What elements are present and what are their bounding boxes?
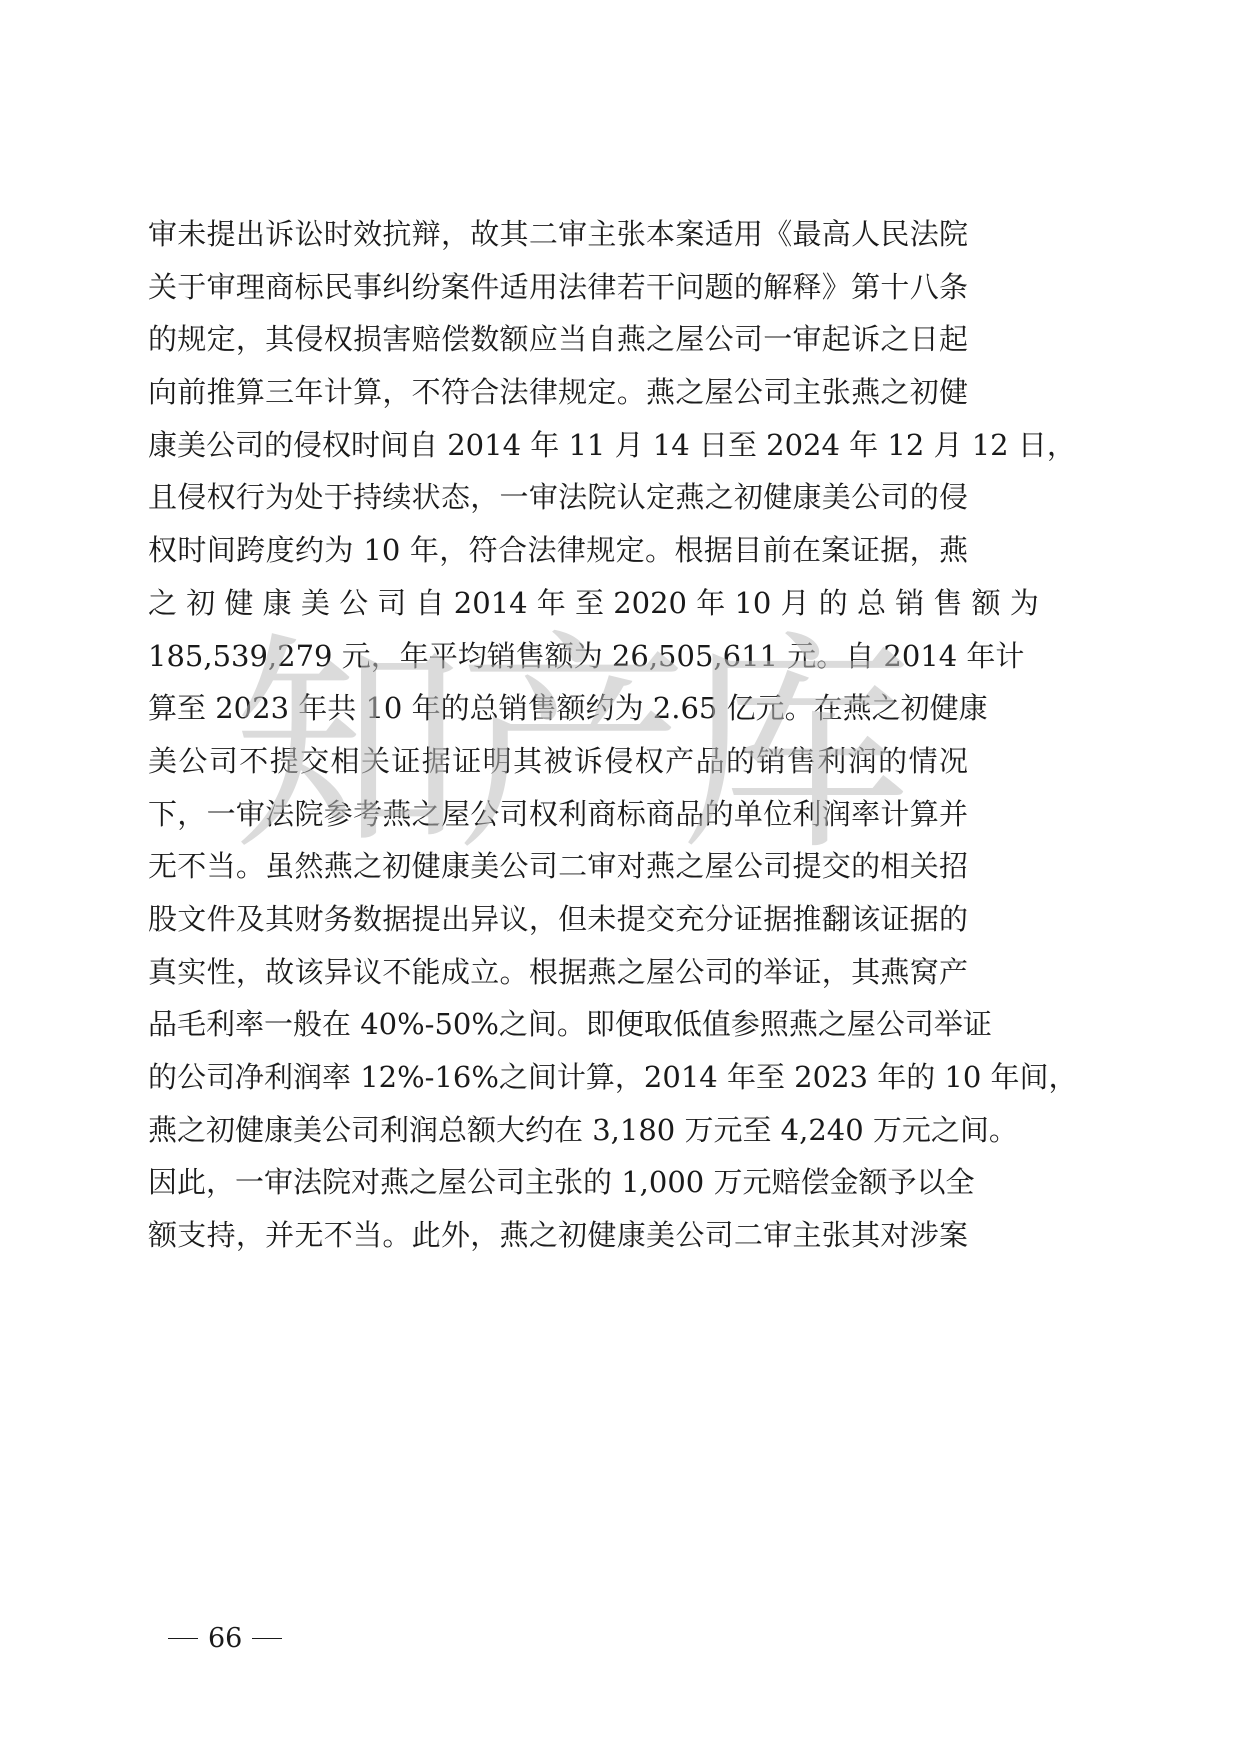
document-page: 审未提出诉讼时效抗辩，故其二审主张本案适用《最高人民法院 关于审理商标民事纠纷案… — [0, 0, 1240, 1753]
text-line: 且侵权行为处于持续状态，一审法院认定燕之初健康美公司的侵 — [148, 471, 968, 524]
text-line: 关于审理商标民事纠纷案件适用法律若干问题的解释》第十八条 — [148, 261, 968, 314]
text-line: 审未提出诉讼时效抗辩，故其二审主张本案适用《最高人民法院 — [148, 208, 968, 261]
text-line: 无不当。虽然燕之初健康美公司二审对燕之屋公司提交的相关招 — [148, 840, 968, 893]
text-line: 185,539,279 元，年平均销售额为 26,505,611 元。自 201… — [148, 630, 968, 683]
text-line: 额支持，并无不当。此外，燕之初健康美公司二审主张其对涉案 — [148, 1209, 968, 1262]
text-line: 下，一审法院参考燕之屋公司权利商标商品的单位利润率计算并 — [148, 788, 968, 841]
text-line: 的规定，其侵权损害赔偿数额应当自燕之屋公司一审起诉之日起 — [148, 313, 968, 366]
text-line: 股文件及其财务数据提出异议，但未提交充分证据推翻该证据的 — [148, 893, 968, 946]
footer-dash-left — [168, 1638, 198, 1639]
text-line: 之 初 健 康 美 公 司 自 2014 年 至 2020 年 10 月 的 总… — [148, 577, 968, 630]
text-line: 算至 2023 年共 10 年的总销售额约为 2.65 亿元。在燕之初健康 — [148, 682, 968, 735]
text-line: 因此，一审法院对燕之屋公司主张的 1,000 万元赔偿金额予以全 — [148, 1156, 968, 1209]
text-line: 品毛利率一般在 40%-50%之间。即便取低值参照燕之屋公司举证 — [148, 998, 968, 1051]
text-line: 康美公司的侵权时间自 2014 年 11 月 14 日至 2024 年 12 月… — [148, 419, 968, 472]
text-line: 真实性，故该异议不能成立。根据燕之屋公司的举证，其燕窝产 — [148, 946, 968, 999]
page-number: 66 — [208, 1623, 242, 1655]
text-line: 美公司不提交相关证据证明其被诉侵权产品的销售利润的情况 — [148, 735, 968, 788]
body-text: 审未提出诉讼时效抗辩，故其二审主张本案适用《最高人民法院 关于审理商标民事纠纷案… — [148, 208, 968, 1262]
text-line: 向前推算三年计算，不符合法律规定。燕之屋公司主张燕之初健 — [148, 366, 968, 419]
text-line: 燕之初健康美公司利润总额大约在 3,180 万元至 4,240 万元之间。 — [148, 1104, 968, 1157]
text-line: 权时间跨度约为 10 年，符合法律规定。根据目前在案证据，燕 — [148, 524, 968, 577]
page-footer: 66 — [158, 1622, 292, 1655]
footer-dash-right — [252, 1638, 282, 1639]
text-line: 的公司净利润率 12%-16%之间计算，2014 年至 2023 年的 10 年… — [148, 1051, 968, 1104]
